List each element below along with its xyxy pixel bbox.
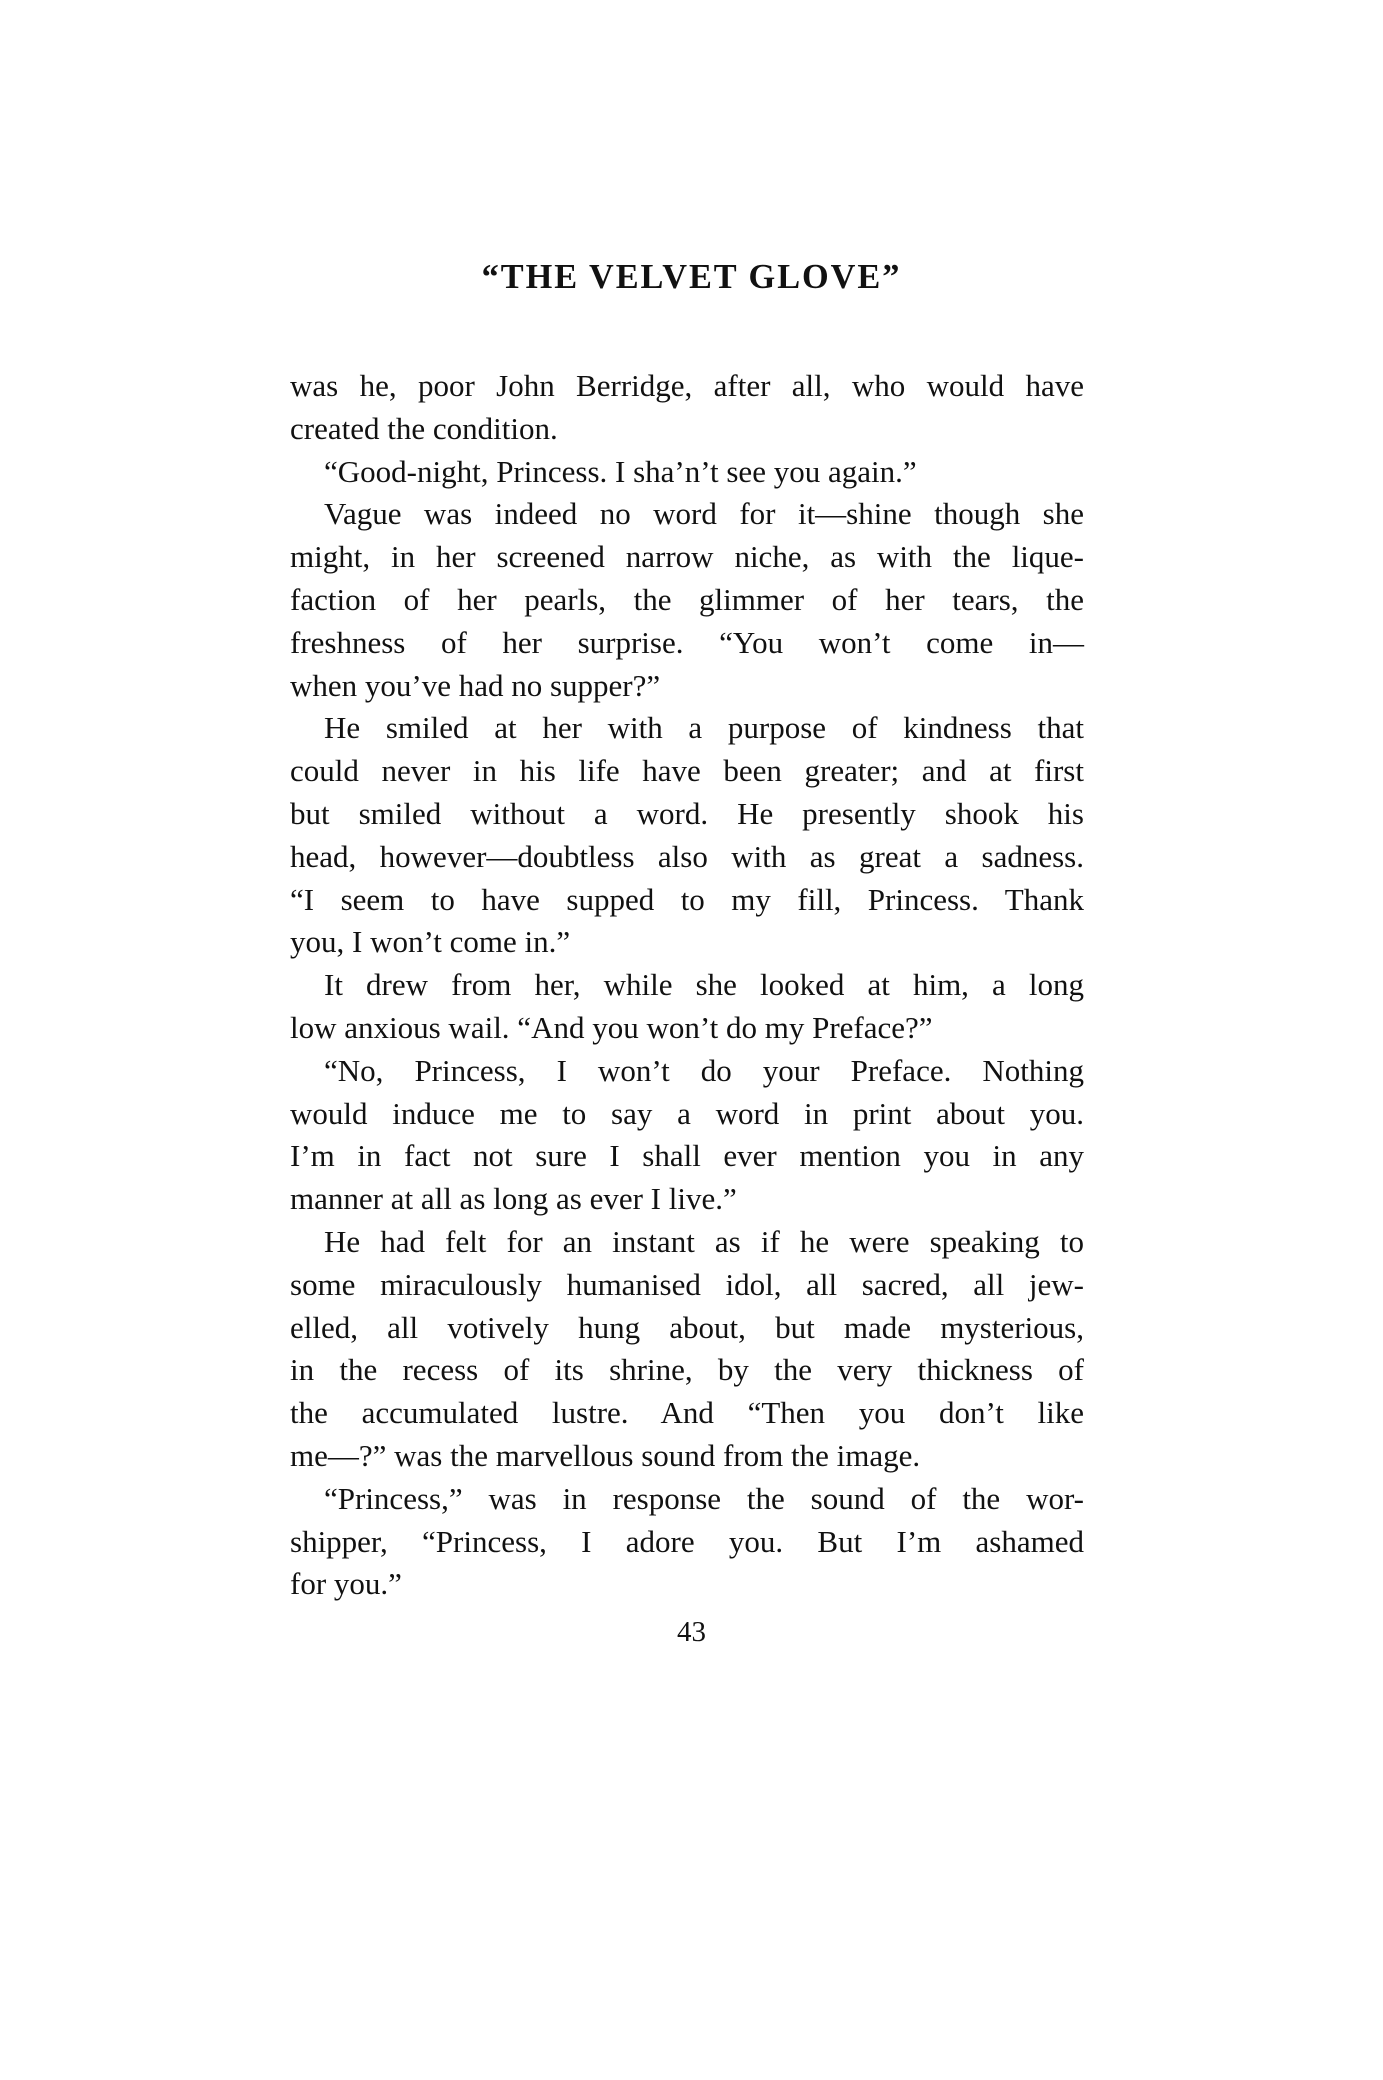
running-head: “THE VELVET GLOVE”: [14, 252, 1369, 302]
text-line: in the recess of its shrine, by the very…: [290, 1349, 1084, 1392]
text-line: elled, all votively hung about, but made…: [290, 1307, 1084, 1350]
text-line: “Princess,” was in response the sound of…: [290, 1478, 1084, 1521]
text-line: He had felt for an instant as if he were…: [290, 1221, 1084, 1264]
book-page: “THE VELVET GLOVE” was he, poor John Ber…: [0, 0, 1383, 2080]
text-line: the accumulated lustre. And “Then you do…: [290, 1392, 1084, 1435]
text-line: might, in her screened narrow niche, as …: [290, 536, 1084, 579]
text-line: some miraculously humanised idol, all sa…: [290, 1264, 1084, 1307]
text-line: low anxious wail. “And you won’t do my P…: [290, 1007, 1084, 1050]
text-line: He smiled at her with a purpose of kindn…: [290, 707, 1084, 750]
text-line: but smiled without a word. He presently …: [290, 793, 1084, 836]
text-line: shipper, “Princess, I adore you. But I’m…: [290, 1521, 1084, 1564]
text-line: when you’ve had no supper?”: [290, 665, 1084, 708]
text-line: me—?” was the marvellous sound from the …: [290, 1435, 1084, 1478]
text-line: for you.”: [290, 1563, 1084, 1606]
text-line: I’m in fact not sure I shall ever mentio…: [290, 1135, 1084, 1178]
text-line: manner at all as long as ever I live.”: [290, 1178, 1084, 1221]
text-line: Vague was indeed no word for it—shine th…: [290, 493, 1084, 536]
text-line: was he, poor John Berridge, after all, w…: [290, 365, 1084, 408]
text-line: could never in his life have been greate…: [290, 750, 1084, 793]
text-line: “No, Princess, I won’t do your Preface. …: [290, 1050, 1084, 1093]
body-text: was he, poor John Berridge, after all, w…: [290, 365, 1084, 1606]
page-number: 43: [0, 1614, 1383, 1650]
text-line: It drew from her, while she looked at hi…: [290, 964, 1084, 1007]
text-line: would induce me to say a word in print a…: [290, 1093, 1084, 1136]
text-line: head, however—doubtless also with as gre…: [290, 836, 1084, 879]
text-line: “Good-night, Princess. I sha’n’t see you…: [290, 451, 1084, 494]
text-line: created the condition.: [290, 408, 1084, 451]
text-line: you, I won’t come in.”: [290, 921, 1084, 964]
text-line: freshness of her surprise. “You won’t co…: [290, 622, 1084, 665]
text-line: faction of her pearls, the glimmer of he…: [290, 579, 1084, 622]
text-line: “I seem to have supped to my fill, Princ…: [290, 879, 1084, 922]
